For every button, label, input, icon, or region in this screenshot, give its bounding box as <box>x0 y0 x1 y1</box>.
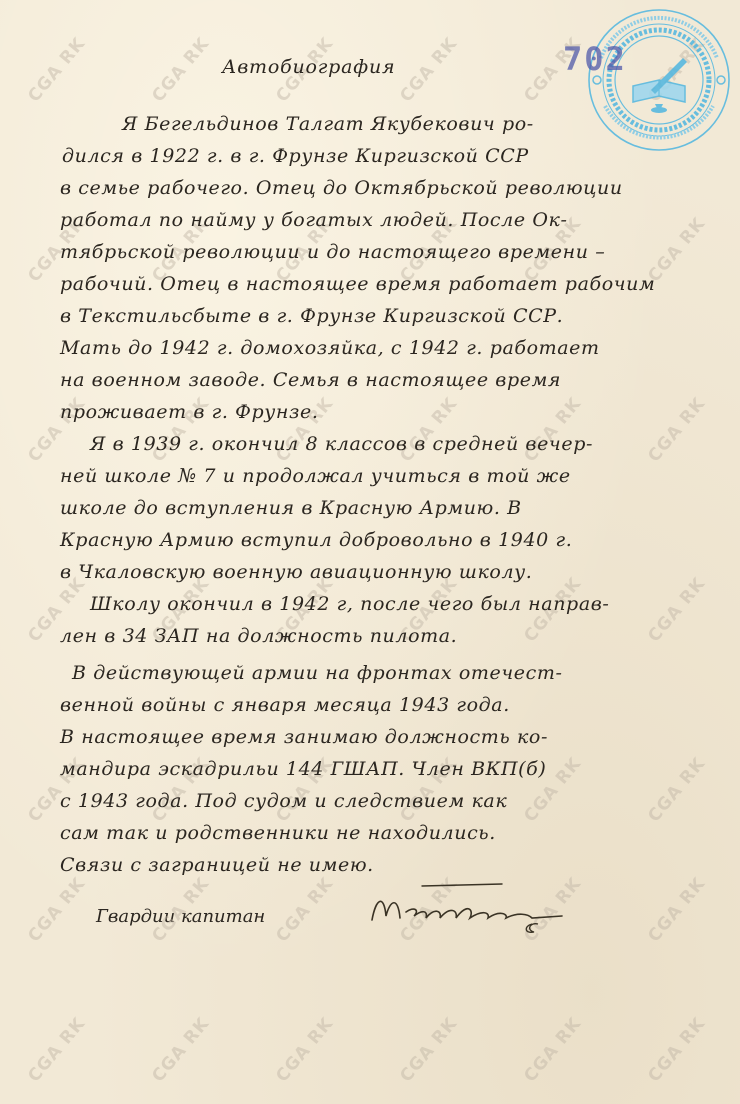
text-line: в семье рабочего. Отец до Октябрьской ре… <box>60 177 623 199</box>
watermark: CGA RK <box>24 874 89 946</box>
watermark: CGA RK <box>644 754 709 826</box>
text-line: на военном заводе. Семья в настоящее вре… <box>60 369 561 391</box>
signature-icon <box>362 880 592 940</box>
document-title: Автобиография <box>222 56 395 78</box>
text-line: тябрьской революции и до настоящего врем… <box>60 241 605 263</box>
text-line: в Чкаловскую военную авиационную школу. <box>60 561 532 583</box>
watermark: CGA RK <box>644 394 709 466</box>
text-line: Я в 1939 г. окончил 8 классов в средней … <box>90 433 593 455</box>
archive-number-stamp: 702 <box>563 40 627 78</box>
text-line: школе до вступления в Красную Армию. В <box>60 497 522 519</box>
watermark: CGA RK <box>148 1014 213 1086</box>
watermark: CGA RK <box>396 1014 461 1086</box>
watermark: CGA RK <box>644 1014 709 1086</box>
text-line: ней школе № 7 и продолжал учиться в той … <box>60 465 571 487</box>
text-line: лен в 34 ЗАП на должность пилота. <box>60 625 457 647</box>
text-line: рабочий. Отец в настоящее время работает… <box>60 273 655 295</box>
text-line: дился в 1922 г. в г. Фрунзе Киргизской С… <box>62 145 529 167</box>
watermark: CGA RK <box>396 34 461 106</box>
text-line: в Текстильсбыте в г. Фрунзе Киргизской С… <box>60 305 563 327</box>
document-page: CGA RK CGA RK CGA RK CGA RK CGA RK CGA R… <box>0 0 740 1104</box>
watermark: CGA RK <box>396 394 461 466</box>
text-line: мандира эскадрильи 144 ГШАП. Член ВКП(б) <box>60 758 546 780</box>
watermark: CGA RK <box>520 394 585 466</box>
watermark: CGA RK <box>644 574 709 646</box>
signatory-rank: Гвардии капитан <box>96 906 265 927</box>
text-line: венной войны с января месяца 1943 года. <box>60 694 510 716</box>
text-line: проживает в г. Фрунзе. <box>60 401 318 423</box>
archive-seal-icon <box>585 6 733 154</box>
text-line: В настоящее время занимаю должность ко- <box>60 726 548 748</box>
watermark: CGA RK <box>272 1014 337 1086</box>
watermark: CGA RK <box>272 874 337 946</box>
text-line: Красную Армию вступил добровольно в 1940… <box>60 529 572 551</box>
watermark: CGA RK <box>24 34 89 106</box>
text-line: Связи с заграницей не имею. <box>60 854 374 876</box>
text-line: Школу окончил в 1942 г, после чего был н… <box>90 593 609 615</box>
watermark: CGA RK <box>24 1014 89 1086</box>
watermark: CGA RK <box>520 1014 585 1086</box>
watermark: CGA RK <box>148 34 213 106</box>
text-line: Мать до 1942 г. домохозяйка, с 1942 г. р… <box>60 337 600 359</box>
text-line: В действующей армии на фронтах отечест- <box>72 662 563 684</box>
text-line: сам так и родственники не находились. <box>60 822 496 844</box>
text-line: работал по найму у богатых людей. После … <box>60 209 568 231</box>
text-line: с 1943 года. Под судом и следствием как <box>60 790 507 812</box>
text-line: Я Бегельдинов Талгат Якубекович ро- <box>122 113 534 135</box>
watermark: CGA RK <box>644 874 709 946</box>
